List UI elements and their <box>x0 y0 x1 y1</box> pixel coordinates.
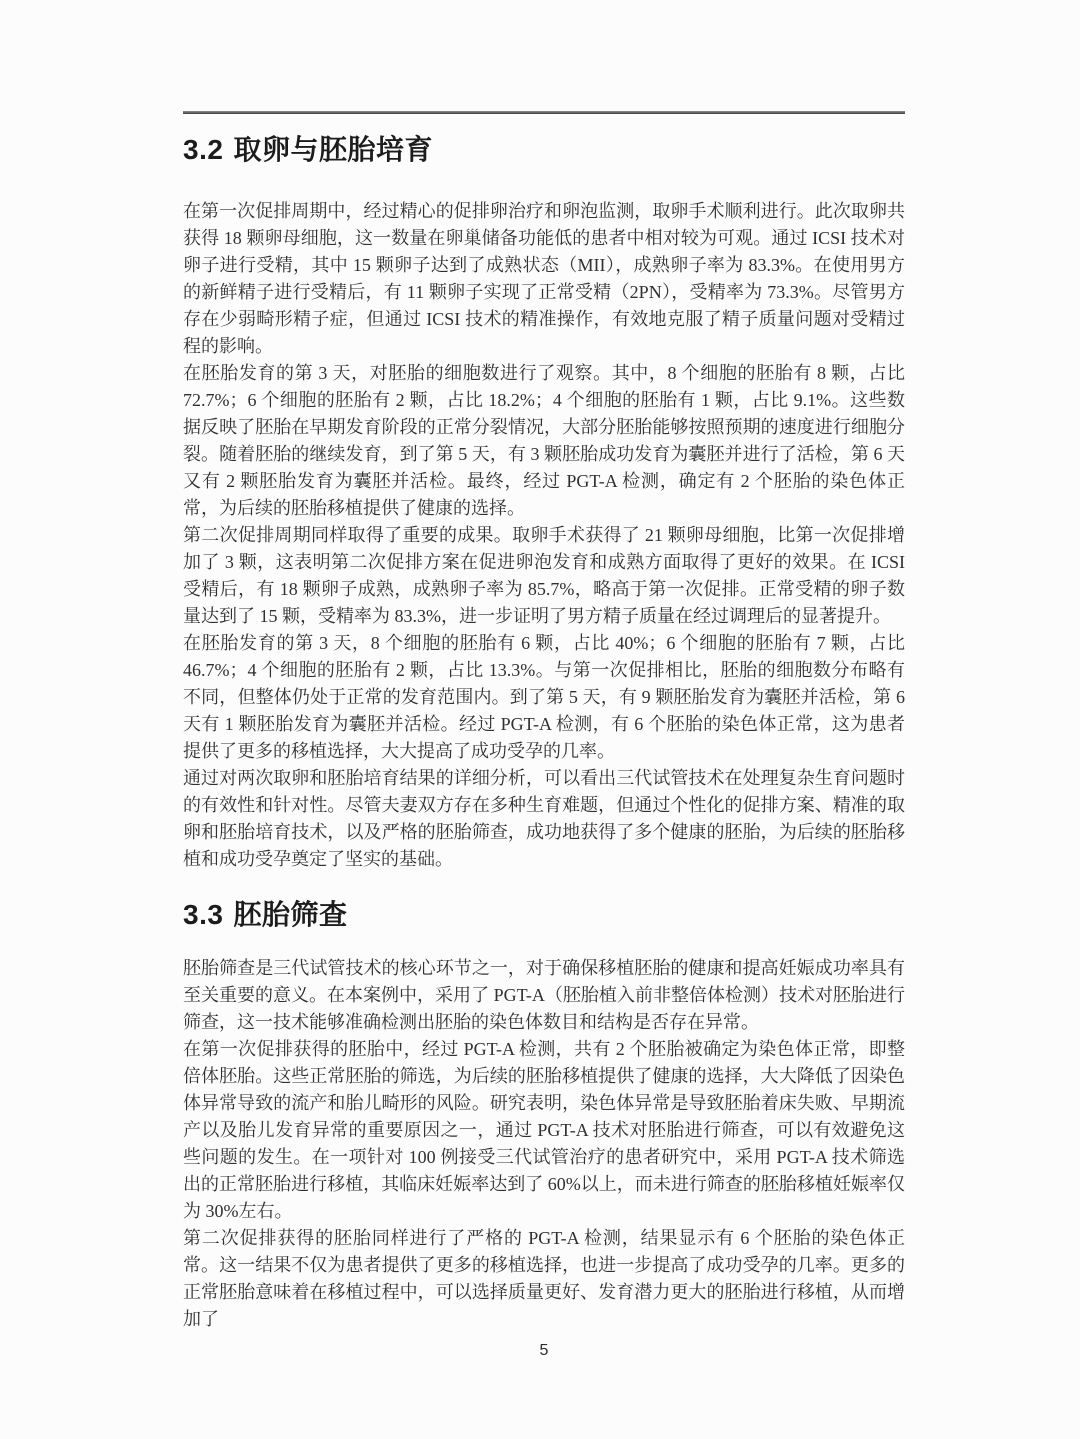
section-number: 3.3 <box>183 899 223 930</box>
paragraph: 在胚胎发育的第 3 天，8 个细胞的胚胎有 6 颗，占比 40%；6 个细胞的胚… <box>183 630 905 765</box>
paragraph: 通过对两次取卵和胚胎培育结果的详细分析，可以看出三代试管技术在处理复杂生育问题时… <box>183 765 905 873</box>
paragraph: 在胚胎发育的第 3 天，对胚胎的细胞数进行了观察。其中，8 个细胞的胚胎有 8 … <box>183 360 905 522</box>
paragraph: 胚胎筛查是三代试管技术的核心环节之一，对于确保移植胚胎的健康和提高妊娠成功率具有… <box>183 955 905 1036</box>
paragraph: 在第一次促排获得的胚胎中，经过 PGT-A 检测，共有 2 个胚胎被确定为染色体… <box>183 1036 905 1225</box>
section-heading-3-3: 3.3胚胎筛查 <box>183 897 905 933</box>
section-number: 3.2 <box>183 134 223 165</box>
section-3-2-body: 在第一次促排周期中，经过精心的促排卵治疗和卵泡监测，取卵手术顺利进行。此次取卵共… <box>183 198 905 873</box>
section-title: 取卵与胚胎培育 <box>233 134 433 165</box>
header-divider <box>183 111 905 114</box>
paragraph: 第二次促排周期同样取得了重要的成果。取卵手术获得了 21 颗卵母细胞，比第一次促… <box>183 522 905 630</box>
page-content: 3.2取卵与胚胎培育 在第一次促排周期中，经过精心的促排卵治疗和卵泡监测，取卵手… <box>183 0 905 1360</box>
section-3-3-body: 胚胎筛查是三代试管技术的核心环节之一，对于确保移植胚胎的健康和提高妊娠成功率具有… <box>183 955 905 1333</box>
section-title: 胚胎筛查 <box>233 899 347 930</box>
section-heading-3-2: 3.2取卵与胚胎培育 <box>183 132 905 168</box>
document-page: 3.2取卵与胚胎培育 在第一次促排周期中，经过精心的促排卵治疗和卵泡监测，取卵手… <box>0 0 1080 1439</box>
page-number: 5 <box>183 1342 905 1360</box>
paragraph: 第二次促排获得的胚胎同样进行了严格的 PGT-A 检测，结果显示有 6 个胚胎的… <box>183 1225 905 1333</box>
paragraph: 在第一次促排周期中，经过精心的促排卵治疗和卵泡监测，取卵手术顺利进行。此次取卵共… <box>183 198 905 360</box>
